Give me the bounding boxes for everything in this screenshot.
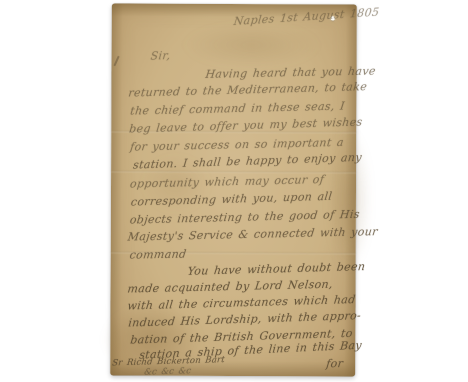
letter-line: Having heard that you have [205, 64, 377, 80]
salutation: Sir, [150, 49, 171, 63]
paper-stain [182, 22, 322, 69]
catchword: for [326, 357, 344, 371]
letter-line: You have without doubt been [187, 260, 366, 278]
letter-line: the chief command in these seas, I [130, 99, 346, 117]
letter-paper: Naples 1st August 1805 Sir, Having heard… [110, 3, 357, 376]
stray-ink-mark [113, 56, 119, 67]
letter-line: returned to the Mediterranean, to take [128, 80, 368, 100]
docket-etcetera: &c &c &c [144, 366, 192, 377]
letter-line: for your success on so important a [129, 136, 344, 154]
letter-line: command [129, 248, 187, 262]
letter-photo: Naples 1st August 1805 Sir, Having heard… [0, 0, 468, 382]
letter-line: made acquainted by Lord Nelson, [127, 278, 334, 296]
